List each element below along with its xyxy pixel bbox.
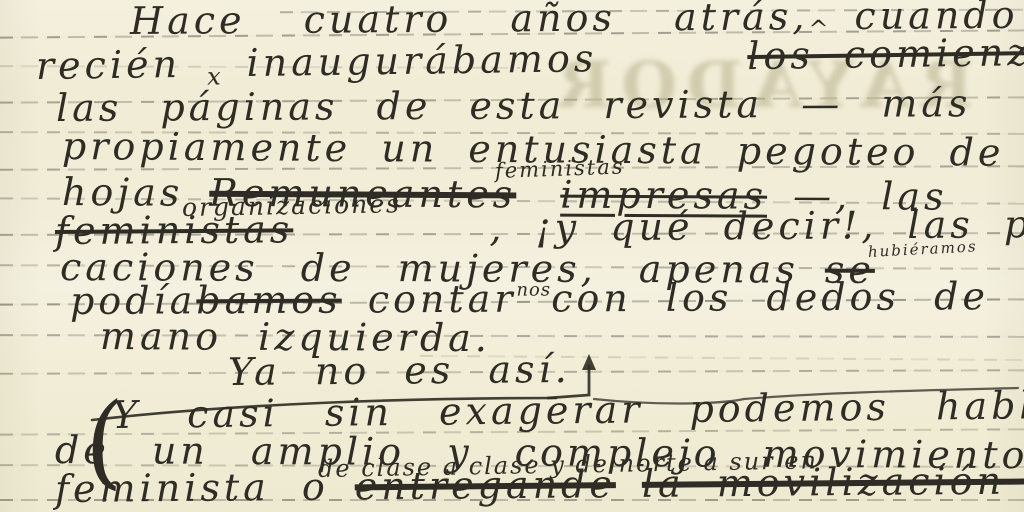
- text-segment: recién: [36, 45, 182, 85]
- manuscript-page: RAYADOR Hace cuatro años atrás,^cuando r…: [0, 0, 1024, 512]
- text-segment: Hace cuatro años atrás,: [130, 0, 809, 40]
- text-segment: hojas: [62, 173, 183, 212]
- strikethrough-text: los comienzos: [747, 32, 1024, 75]
- handwritten-line-3: las páginas de esta revista — más: [56, 84, 972, 127]
- strikethrough-text: bamos: [196, 281, 342, 320]
- text-segment: con los dedos de la: [551, 277, 1024, 318]
- handwritten-line-11: Y casi sin exagerar podemos hablar: [112, 386, 1024, 434]
- text-segment: inaugurábamos: [246, 39, 597, 82]
- handwritten-line-8: podíabamoscontarnoscon los dedos de la: [70, 277, 1024, 320]
- strikethrough-text: la movilización pega: [642, 460, 1024, 502]
- inserted-word: hubiéramos: [868, 239, 978, 260]
- text-segment: feminista o: [55, 468, 329, 508]
- handwritten-line-13: feminista oentregandela movilización peg…: [55, 460, 1024, 508]
- strikethrough-text: entregande: [355, 465, 616, 505]
- text-segment: contar: [368, 280, 517, 319]
- text-segment: Ya no es así.: [228, 350, 571, 391]
- text-segment: las páginas de esta revista — más: [56, 84, 972, 127]
- inserted-word: organizaciones: [182, 191, 401, 220]
- superscript-insert: nos: [516, 281, 551, 299]
- text-segment: Y casi sin exagerar podemos hablar: [112, 386, 1024, 434]
- handwritten-line-10: Ya no es así.: [228, 350, 571, 391]
